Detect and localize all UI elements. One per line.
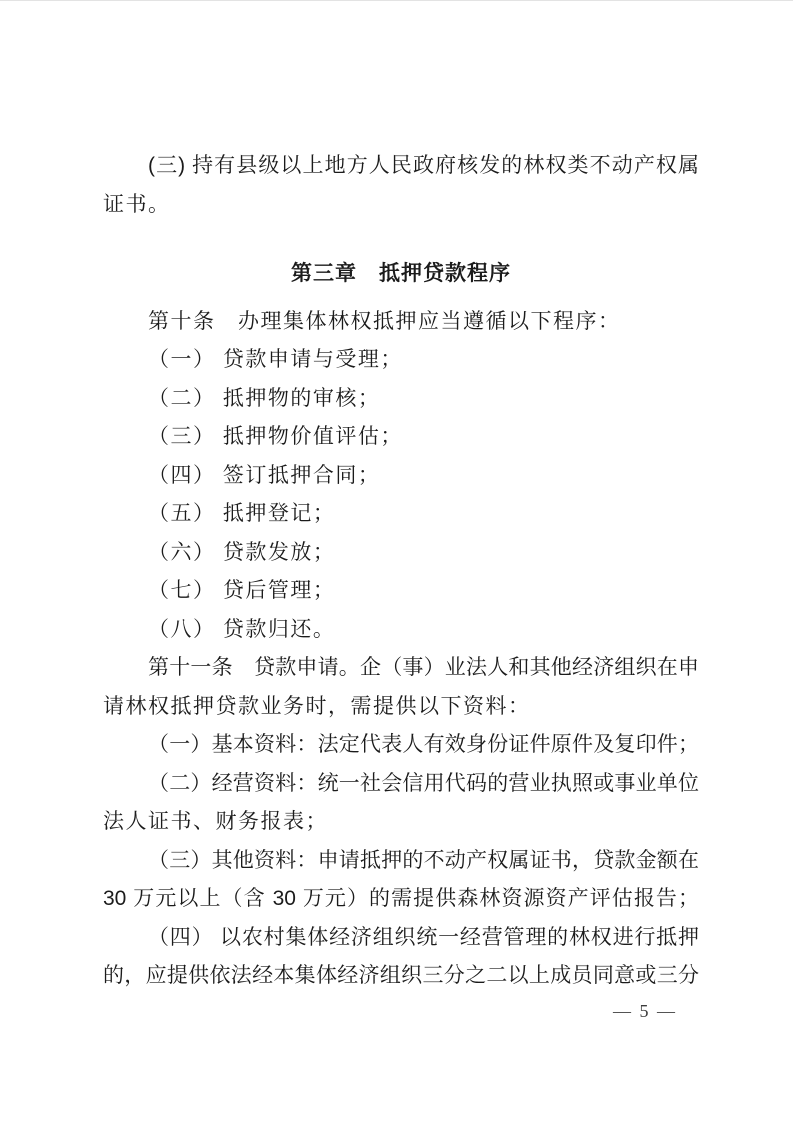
chapter-3-heading: 第三章 抵押贷款程序 [103, 255, 699, 294]
procedure-step-5: （五） 抵押登记； [103, 495, 699, 534]
article-11-intro-line-1: 第十一条 贷款申请。企（事）业法人和其他经济组织在申 [103, 649, 699, 688]
procedure-step-1: （一） 贷款申请与受理； [103, 341, 699, 380]
material-item-2-line-1: （二）经营资料：统一社会信用代码的营业执照或事业单位 [103, 765, 699, 804]
page-number: — 5 — [613, 1000, 677, 1022]
material-item-3-line-2: 30 万元以上（含 30 万元）的需提供森林资源资产评估报告； [103, 880, 699, 919]
procedure-step-6: （六） 贷款发放； [103, 534, 699, 573]
procedure-step-2: （二） 抵押物的审核； [103, 380, 699, 419]
procedure-step-8: （八） 贷款归还。 [103, 611, 699, 650]
page-top-edge [0, 0, 793, 1]
material-item-1: （一）基本资料：法定代表人有效身份证件原件及复印件； [103, 726, 699, 765]
procedure-step-7: （七） 贷后管理； [103, 572, 699, 611]
item-3-certificate-line-1: (三) 持有县级以上地方人民政府核发的林权类不动产权属 [103, 147, 699, 186]
material-item-2-line-2: 法人证书、财务报表； [103, 803, 699, 842]
article-11-intro-line-2: 请林权抵押贷款业务时，需提供以下资料： [103, 688, 699, 727]
item-3-certificate-line-2: 证书。 [103, 186, 699, 225]
material-item-4-line-1: （四） 以农村集体经济组织统一经营管理的林权进行抵押 [103, 919, 699, 958]
article-10-intro: 第十条 办理集体林权抵押应当遵循以下程序： [103, 303, 699, 342]
material-item-3-line-1: （三）其他资料：申请抵押的不动产权属证书，贷款金额在 [103, 842, 699, 881]
procedure-step-3: （三） 抵押物价值评估； [103, 418, 699, 457]
document-body: (三) 持有县级以上地方人民政府核发的林权类不动产权属证书。第三章 抵押贷款程序… [103, 147, 699, 996]
procedure-step-4: （四） 签订抵押合同； [103, 457, 699, 496]
material-item-4-line-2: 的，应提供依法经本集体经济组织三分之二以上成员同意或三分 [103, 957, 699, 996]
document-page: (三) 持有县级以上地方人民政府核发的林权类不动产权属证书。第三章 抵押贷款程序… [0, 0, 793, 1122]
